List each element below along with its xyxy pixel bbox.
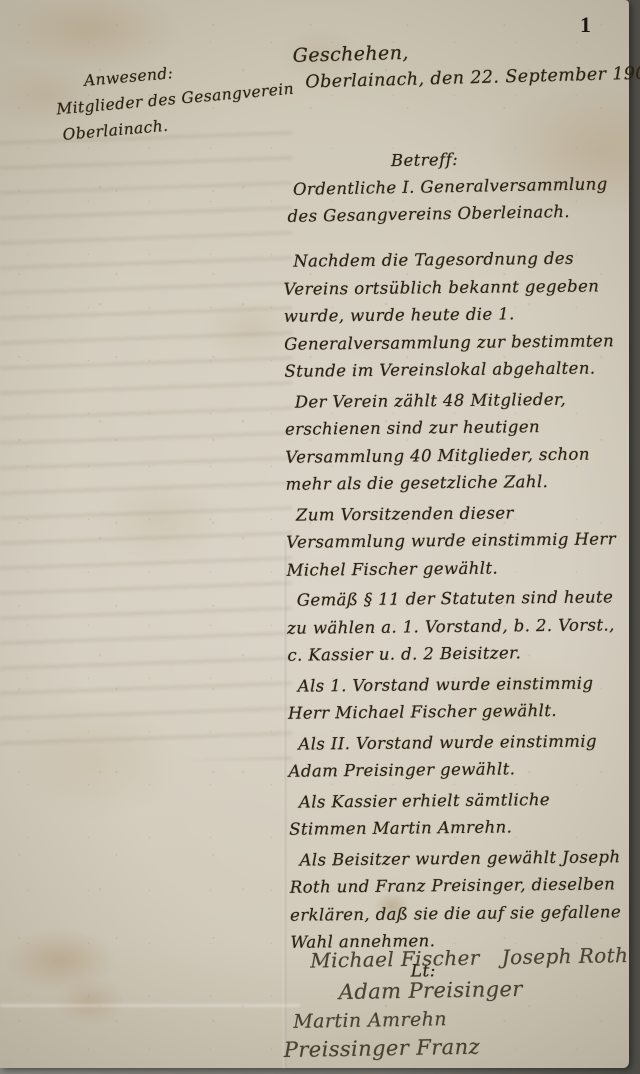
page-number: 1 (580, 12, 591, 38)
bleed-through-text (0, 120, 292, 760)
signature: Michael Fischer (310, 946, 480, 973)
scanned-document: 1 Geschehen, Oberlainach, den 22. Septem… (0, 0, 640, 1074)
signature-row: Michael FischerJoseph Roth (310, 943, 632, 973)
paragraph: Als II. Vorstand wurde einstimmig Adam P… (288, 727, 625, 786)
signature: Joseph Roth (502, 943, 629, 969)
minutes-body: Nachdem die Tagesordnung des Vereins ort… (283, 244, 627, 986)
horizontal-fold-crease (0, 1004, 300, 1007)
paragraph: Zum Vorsitzenden dieser Versammlung wurd… (286, 498, 623, 584)
subject-block: Betreff: Ordentliche I. Generalversammlu… (286, 143, 623, 230)
paragraph: Gemäß § 11 der Statuten sind heute zu wä… (287, 583, 624, 669)
dateline: Geschehen, Oberlainach, den 22. Septembe… (292, 35, 640, 93)
paragraph: Als 1. Vorstand wurde einstimmig Herr Mi… (288, 669, 625, 728)
signature: Martin Amrehn (293, 1005, 633, 1033)
paragraph: Der Verein zählt 48 Mitglieder, erschien… (285, 385, 622, 499)
document-page: 1 Geschehen, Oberlainach, den 22. Septem… (0, 0, 629, 1068)
paragraph: Als Beisitzer wurden gewählt Joseph Roth… (289, 843, 626, 957)
signature: Adam Preisinger (339, 975, 633, 1004)
signature-block: Michael FischerJoseph Roth Adam Preising… (282, 943, 634, 1062)
paragraph: Als Kassier erhielt sämtliche Stimmen Ma… (289, 785, 626, 844)
subject-line: Ordentliche I. Generalversammlung (293, 170, 623, 203)
paragraph: Nachdem die Tagesordnung des Vereins ort… (283, 244, 620, 385)
